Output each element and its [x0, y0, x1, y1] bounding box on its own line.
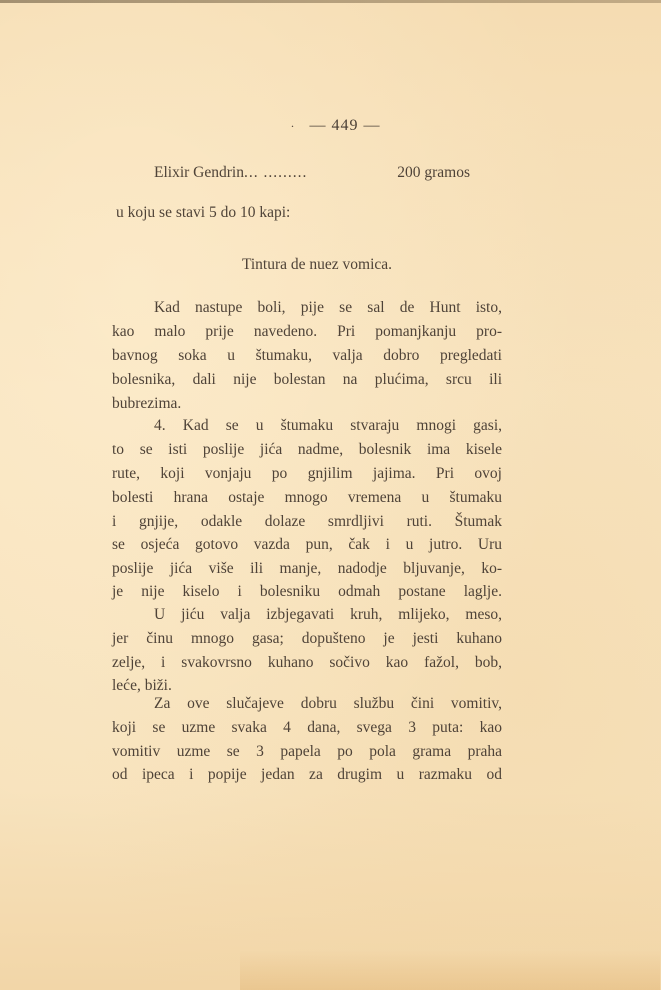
text-line: Za ove slučajeve dobru službu čini vomit…	[112, 692, 502, 716]
formula-leader: ... .........	[244, 164, 307, 181]
text-line: 4. Kad se u štumaku stvaraju mnogi gasi,	[112, 414, 502, 438]
water-stain	[240, 950, 660, 990]
text-line: bubrezima.	[112, 392, 502, 416]
scanned-page: ·— 449 — Elixir Gendrin... ......... 200…	[0, 0, 661, 990]
tincture-line: Tintura de nuez vomica.	[112, 253, 522, 277]
formula-line: Elixir Gendrin... ......... 200 gramos	[154, 161, 470, 185]
text-line: od ipeca i popije jedan za drugim u razm…	[112, 763, 502, 787]
page-number-text: — 449 —	[310, 117, 381, 134]
page-mark: ·	[291, 119, 296, 133]
formula-amount: 200 gramos	[397, 161, 470, 185]
formula-ingredient: Elixir Gendrin	[154, 164, 244, 181]
text-line: rute, koji vonjaju po gnjilim jajima. Pr…	[112, 462, 502, 486]
page-top-edge	[0, 0, 661, 3]
intro-line: u koju se stavi 5 do 10 kapi:	[116, 201, 506, 225]
text-line: to se isti poslije jića nadme, bolesnik …	[112, 438, 502, 462]
text-line: poslije jića više ili manje, nadodje blj…	[112, 557, 502, 581]
text-line: bolesnika, dali nije bolestan na plućima…	[112, 368, 502, 392]
text-line: se osjeća gotovo vazda pun, čak i u jutr…	[112, 533, 502, 557]
page-number: ·— 449 —	[0, 117, 661, 135]
text-line: i gnjije, odakle dolaze smrdljivi ruti. …	[112, 510, 502, 534]
text-line: kao malo prije navedeno. Pri pomanjkanju…	[112, 320, 502, 344]
text-line: koji se uzme svaka 4 dana, svega 3 puta:…	[112, 716, 502, 740]
text-line: je nije kiselo i bolesniku odmah postane…	[112, 580, 502, 604]
text-line: vomitiv uzme se 3 papela po pola grama p…	[112, 740, 502, 764]
text-line: bolesti hrana ostaje mnogo vremena u štu…	[112, 486, 502, 510]
text-line: jer činu mnogo gasa; dopušteno je jesti …	[112, 627, 502, 651]
text-line: U jiću valja izbjegavati kruh, mlijeko, …	[112, 603, 502, 627]
text-line: zelje, i svakovrsno kuhano sočivo kao fa…	[112, 651, 502, 675]
text-line: Kad nastupe boli, pije se sal de Hunt is…	[112, 296, 502, 320]
text-line: bavnog soka u štumaku, valja dobro pregl…	[112, 344, 502, 368]
